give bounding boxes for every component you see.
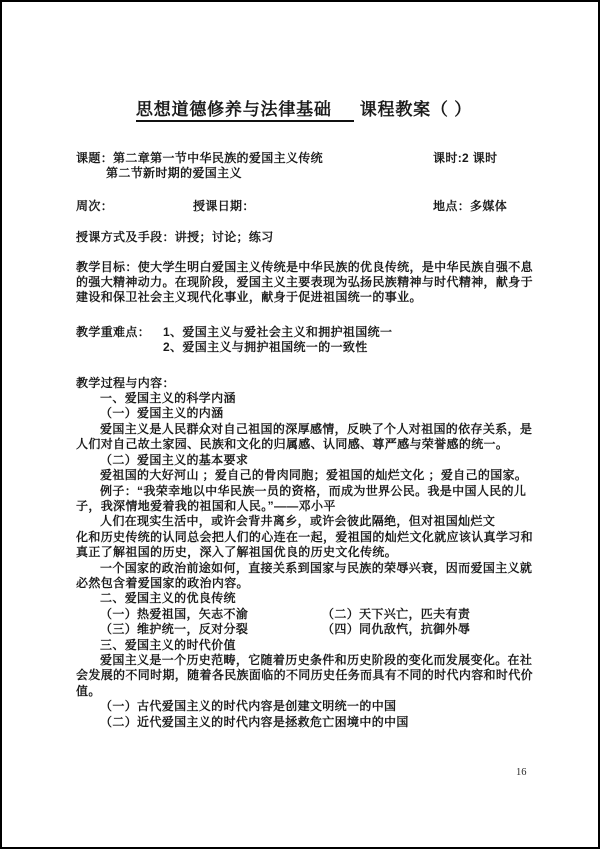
text-line: 真正了解祖国的历史，深入了解祖国优良的历史文化传统。	[76, 545, 532, 560]
lesson-row: 课题：第二章第一节中华民族的爱国主义传统 课时:2 课时	[76, 151, 532, 166]
location-label: 地点：多媒体	[433, 199, 507, 214]
class-hours: 课时:2 课时	[433, 151, 497, 166]
text-line: 2、爱国主义与拥护祖国统一的一致性	[163, 340, 392, 355]
text-line: （二）爱国主义的基本要求	[76, 453, 532, 468]
text-line: 爱国主义是人民群众对自己祖国的深厚感情，反映了个人对祖国的依存关系，是	[76, 422, 532, 437]
text-line: 人们在现实生活中，或许会背井离乡，或许会彼此隔绝，但对祖国灿烂文	[76, 514, 532, 529]
text-line: 三、爱国主义的时代价值	[76, 638, 532, 653]
document-page: 思想道德修养与法律基础课程教案（ ） 课题：第二章第一节中华民族的爱国主义传统 …	[0, 0, 600, 849]
lesson-title: 课题：第二章第一节中华民族的爱国主义传统	[76, 151, 323, 165]
text-line: （二）近代爱国主义的时代内容是拯救危亡困境中的中国	[76, 715, 532, 730]
key-points: 教学重难点： 1、爱国主义与爱社会主义和拥护祖国统一2、爱国主义与拥护祖国统一的…	[76, 325, 532, 356]
text-col: （三）维护统一，反对分裂	[100, 622, 248, 636]
text-line: 必然包含着爱国家的政治内容。	[76, 576, 532, 591]
page-number: 16	[516, 767, 527, 778]
text-line: 爱祖国的大好河山 ；爱自己的骨肉同胞；爱祖国的灿烂文化 ；爱自己的国家。	[76, 468, 532, 483]
date-label: 授课日期：	[193, 199, 255, 214]
title-suffix: 课程教案（ ）	[354, 100, 472, 119]
text-line: （三）维护统一，反对分裂（四）同仇敌忾，抗御外辱	[76, 622, 532, 637]
objectives: 教学目标：使大学生明白爱国主义传统是中华民族的优良传统，是中华民族自强不息的强大…	[76, 260, 532, 306]
method-line: 授课方式及手段：讲授；讨论；练习	[76, 230, 532, 245]
key-points-label: 教学重难点：	[76, 325, 163, 356]
text-line: 子，我深情地爱着我的祖国和人民。”——邓小平	[76, 499, 532, 514]
text-col: （一）热爱祖国，矢志不渝	[100, 607, 248, 621]
text-line: 例子：“我荣幸地以中华民族一员的资格，而成为世界公民。我是中国人民的儿	[76, 484, 532, 499]
text-line: 的强大精神动力。在现阶段，爱国主义主要表现为弘扬民族精神与时代精神，献身于	[76, 275, 532, 290]
text-line: 人们对自己故土家园、民族和文化的归属感、认同感、尊严感与荣誉感的统一。	[76, 437, 532, 452]
text-line: 化和历史传统的认同总会把人们的心连在一起，爱祖国的灿烂文化就应该认真学习和	[76, 530, 532, 545]
text-line: 值。	[76, 684, 532, 699]
text-line: （一）爱国主义的内涵	[76, 406, 532, 421]
text-col: （二）天下兴亡，匹夫有责	[322, 607, 470, 622]
text-line: 爱国主义是一个历史范畴，它随着历史条件和历史阶段的变化而发展变化。在社	[76, 653, 532, 668]
schedule-row: 周次： 授课日期： 地点：多媒体	[76, 199, 532, 214]
title-underlined-part: 思想道德修养与法律基础	[136, 100, 354, 122]
week-label: 周次：	[76, 199, 113, 213]
teaching-process: 教学过程与内容：一、爱国主义的科学内涵（一）爱国主义的内涵爱国主义是人民群众对自…	[76, 376, 532, 730]
text-line: 会发展的不同时期，随着各民族面临的不同历史任务而具有不同的时代内容和时代价	[76, 668, 532, 683]
text-line: （一）古代爱国主义的时代内容是创建文明统一的中国	[76, 699, 532, 714]
text-line: 1、爱国主义与爱社会主义和拥护祖国统一	[163, 325, 392, 340]
text-line: （一）热爱祖国，矢志不渝（二）天下兴亡，匹夫有责	[76, 607, 532, 622]
text-line: 二、爱国主义的优良传统	[76, 591, 532, 606]
document-title: 思想道德修养与法律基础课程教案（ ）	[76, 98, 532, 122]
lesson-subtitle: 第二节新时期的爱国主义	[106, 166, 532, 181]
text-line: 教学过程与内容：	[76, 376, 532, 391]
text-col: （四）同仇敌忾，抗御外辱	[322, 622, 470, 637]
text-line: 建设和保卫社会主义现代化事业，献身于促进祖国统一的事业。	[76, 290, 532, 305]
text-line: 一、爱国主义的科学内涵	[76, 391, 532, 406]
key-points-items: 1、爱国主义与爱社会主义和拥护祖国统一2、爱国主义与拥护祖国统一的一致性	[163, 325, 392, 356]
text-line: 一个国家的政治前途如何，直接关系到国家与民族的荣辱兴衰，因而爱国主义就	[76, 561, 532, 576]
text-line: 教学目标：使大学生明白爱国主义传统是中华民族的优良传统，是中华民族自强不息	[76, 260, 532, 275]
